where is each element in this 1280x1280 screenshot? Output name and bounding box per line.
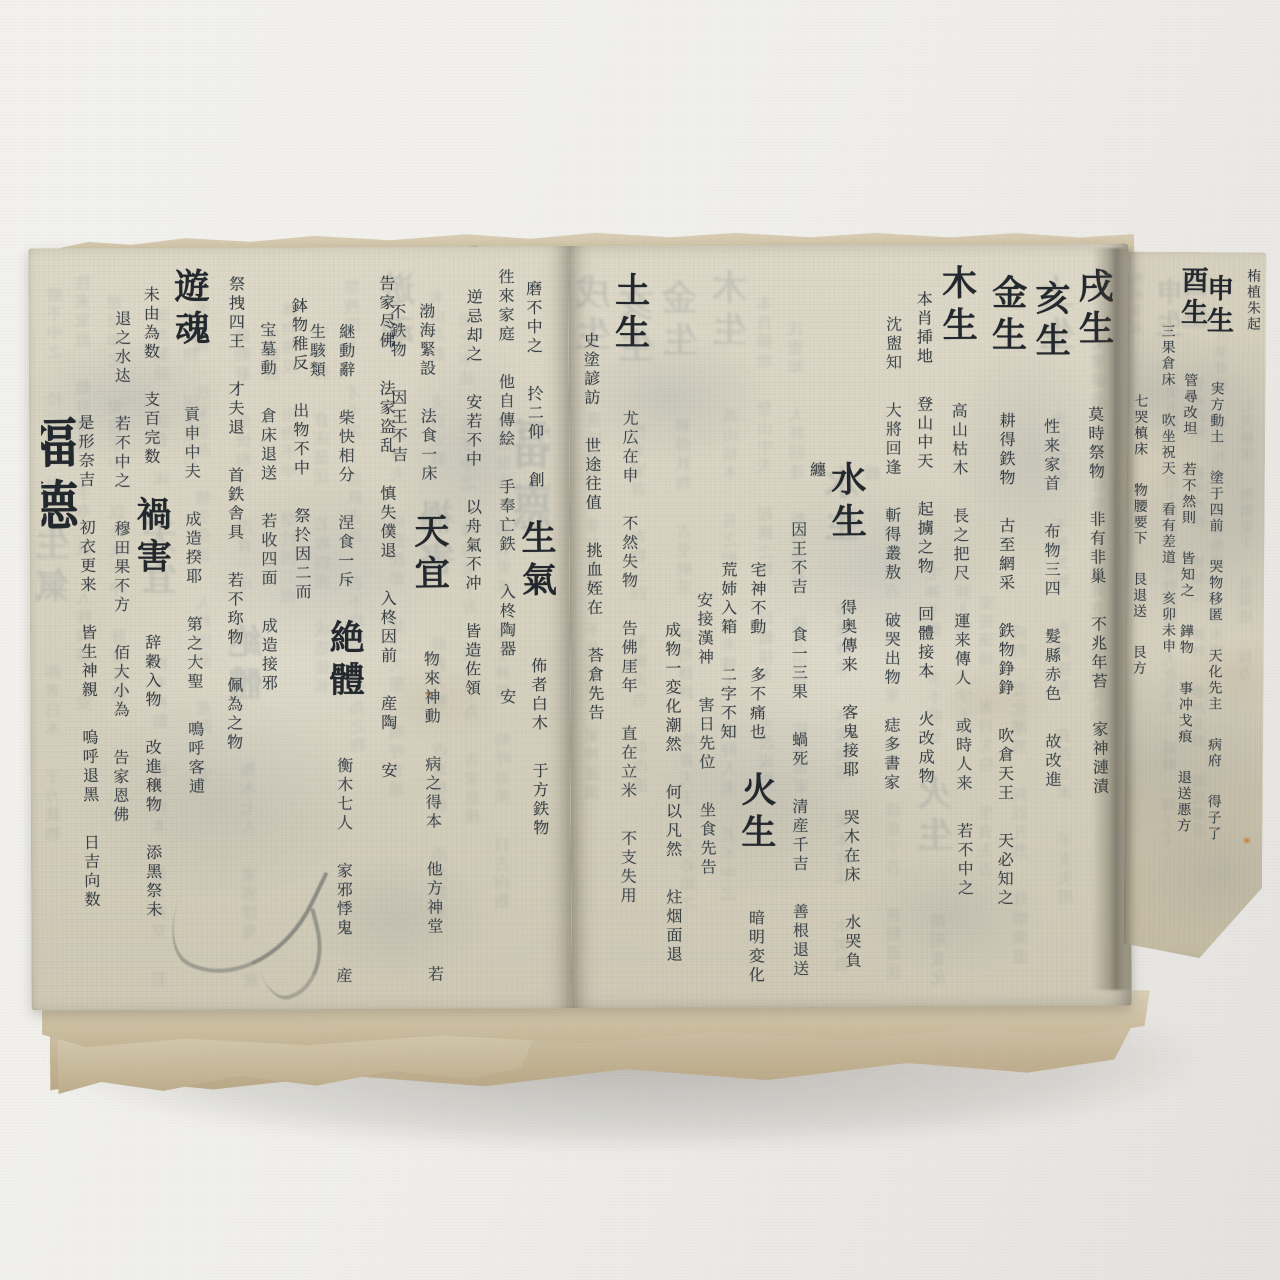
manuscript-text-center: 戌生 莫時祭物 非有非巢 不兆年苔 家神漣漬 亥生 性来家首 布物三四 髮縣赤色… [580,260,1117,990]
column-text: 実方動土 塗于四前 哭物移匿 天化先主 病府 得子了 [1205,381,1224,842]
column-text: 退之水迏 若不中之 穆田果不方 佰大小為 告家恩佛 [111,310,132,825]
text-column: 成物一変化潮然 何以凡然 炷烟面退 [661,622,682,965]
column-text: 栯植朱起 [1245,268,1260,332]
column-text: 因王不吉 食一三果 蝸死 清産千吉 善根退送 [789,521,810,979]
manuscript-text-right: 栯植朱起 申生 実方動土 塗于四前 哭物移匿 天化先主 病府 得子了 酉生 管尋… [1132,264,1261,925]
column-text: 磨不中之 扵二仰 創 [524,280,546,519]
column-text: 成物一変化潮然 何以凡然 炷烟面退 [663,622,683,965]
text-column: 宝墓動 倉床退送 若收四面 成造接邪 [256,321,278,693]
column-text: 本肖揷地 登山中天 起擄之物 回體接本 火改成物 [914,290,935,786]
column-text: 三果倉床 吹坐祝天 看有差道 亥卯未申 [1160,324,1177,655]
column-text: 逆忌却之 安若不中 以舟氣不冲 皆造佐領 [463,288,484,698]
column-text: 高山枯木 長之把尺 運来傳人 或時人来 若不中之 [949,402,974,898]
text-column: 渤海緊設 法食一床 天宜 物來神動 病之得本 他方神堂 若不鉄物 因王不吉 [405,302,454,990]
text-column: 鉢物稚反 出物不中 祭扵因二而 [287,297,311,602]
text-column: 逆忌却之 安若不中 以舟氣不冲 皆造佐領 [461,288,483,698]
text-column: 告家尽佛 法家盗乱 慎失僕退 入柊因前 産陶 安 [375,275,397,781]
section-heading-text: 水生 [826,461,868,600]
text-column: 沈盥知 大將回逢 斬得叢敖 破哭出物 痣多書家 [879,316,901,793]
column-text: 継動辭 柴快相分 涅食一斥 [336,323,356,619]
column-text: 管尋改坦 若不然則 皆知之 鏵物 事冲戈痕 退送悪方 [1175,373,1198,834]
text-column: 磨不中之 扵二仰 創 生氣 佈者白木 于方鉄物 [525,280,558,838]
section-heading-text: 戌生 [1073,268,1115,407]
text-column: 栯植朱起 [1240,268,1260,332]
text-column: 祭拽四王 才夫退 首鉄舎具 若不珎物 佩為之物 [223,275,245,752]
photo-backdrop: 磨不中之 扵二仰 創 生氣 佈者白木 于方鉄物 徃來家庭 他自傳絵 手奉亡鉄 入… [0,0,1280,1280]
text-column: 戌生 莫時祭物 非有非巢 不兆年苔 家神漣漬 [1080,268,1118,797]
text-column: 木生 高山枯木 長之把尺 運来傳人 或時人来 若不中之 [942,264,983,898]
section-heading-text: 遊魂 [168,267,210,406]
column-text: 宝墓動 倉床退送 若收四面 成造接邪 [258,321,279,693]
text-column: 安接漢神 害日先位 坐食先告 [692,591,716,877]
column-text: 渤海緊設 法食一床 [417,303,439,513]
text-column: 是形奈吉 初衣更来 皆生神親 嗚呼退黑 日吉向数 福德 [40,414,101,992]
text-column: 宅神不動 多不痛也 火生 暗明変化 荒姉入箱 二字不知 [726,561,775,989]
column-text: 耕得鉄物 古至網采 鉄物錚錚 吹倉天王 天必知之 [995,412,1016,908]
manuscript-text-left: 磨不中之 扵二仰 創 生氣 佈者白木 于方鉄物 徃來家庭 他自傳絵 手奉亡鉄 入… [40,262,557,992]
section-heading-text: 火生 [735,771,776,909]
text-column: 本肖揷地 登山中天 起擄之物 回體接本 火改成物 [912,290,934,786]
text-column: 水生 得奥傳来 客鬼接耶 哭木在床 水哭負纏 [817,461,871,990]
section-heading-text: 木生 [936,264,978,403]
column-text: 佈者白木 于方鉄物 [529,657,550,838]
section-heading-text: 福德 [40,414,79,541]
text-column: 三果倉床 吹坐祝天 看有差道 亥卯未申 [1155,324,1176,655]
section-heading-text: 亥生 [1030,280,1071,418]
column-text: 沈盥知 大將回逢 斬得叢敖 破哭出物 痣多書家 [881,316,902,793]
section-heading-text: 酉生 [1175,266,1208,373]
column-text: 史塗諺訪 世途往值 挑血姪在 荅倉先告 [581,332,605,723]
section-heading-text: 禍害 [131,496,172,634]
text-column: 亥生 性来家首 布物三四 髮縣赤色 故改進 [1036,280,1071,790]
text-column: 因王不吉 食一三果 蝸死 清産千吉 善根退送 [787,521,809,979]
right-partial-page: 栯植朱起 申生 実方動土 塗于四前 哭物移匿 天化先主 病府 得子了 酉生 管尋… [1124,252,1267,959]
open-book-spread: 磨不中之 扵二仰 創 生氣 佈者白木 于方鉄物 徃來家庭 他自傳絵 手奉亡鉄 入… [28,244,1131,1011]
column-text: 安接漢神 害日先位 坐食先告 [694,591,717,877]
column-text: 尤広在申 不然失物 告佛厓年 直在立米 不支失用 [618,410,639,906]
text-column: 退之水迏 若不中之 穆田果不方 佰大小為 告家恩佛 [109,310,131,825]
text-column: 土生 尤広在申 不然失物 告佛厓年 直在立米 不支失用 [613,272,648,906]
column-text: 貢申中夫 成造揆耶 第之大聖 鳴呼客逋 [181,406,205,797]
column-text: 祭拽四王 才夫退 首鉄舎具 若不珎物 佩為之物 [225,275,246,752]
text-column: 継動辭 柴快相分 涅食一斥 絶體 衡木七人 家邪悸鬼 産生駭類 [322,323,365,991]
column-text: 宅神不動 多不痛也 [747,561,767,771]
center-page: 戌生 莫時祭物 非有非巢 不兆年苔 家神漣漬 亥生 性来家首 布物三四 髮縣赤色… [568,244,1131,1008]
column-text: 莫時祭物 非有非巢 不兆年苔 家神漣漬 [1086,406,1110,797]
section-heading-text: 土生 [609,272,650,410]
text-column: 申生 実方動土 塗于四前 哭物移匿 天化先主 病府 得子了 [1208,274,1232,842]
text-column: 遊魂 貢申中夫 成造揆耶 第之大聖 鳴呼客逋 [180,268,214,797]
left-page: 磨不中之 扵二仰 創 生氣 佈者白木 于方鉄物 徃來家庭 他自傳絵 手奉亡鉄 入… [28,246,571,1010]
section-heading-text: 絶體 [324,619,365,757]
column-text: 性来家首 布物三四 髮縣赤色 故改進 [1041,418,1062,790]
section-heading-text: 生氣 [516,519,557,658]
section-heading-text: 金生 [986,274,1027,412]
column-text: 辞穀入物 改進穣物 添黑祭未 [143,634,163,920]
column-text: 是形奈吉 初衣更来 皆生神親 嗚呼退黑 日吉向数 [76,414,101,910]
column-text: 徃來家庭 他自傳絵 手奉亡鉄 入柊陶器 安 [496,268,517,707]
text-column: 金生 耕得鉄物 古至網采 鉄物錚錚 吹倉天王 天必知之 [991,274,1026,908]
text-column: 徃來家庭 他自傳絵 手奉亡鉄 入柊陶器 安 [494,268,516,707]
section-heading-text: 天宜 [409,512,451,651]
text-column: 未由為数 支百完数 禍害 辞穀入物 改進穣物 添黑祭未 [142,286,172,920]
text-column: 史塗諺訪 世途往值 挑血姪在 荅倉先告 [580,332,604,723]
column-text: 告家尽佛 法家盗乱 慎失僕退 入柊因前 産陶 安 [377,275,398,781]
column-text: 七哭槙床 物腰要下 艮退送 艮方 [1132,394,1149,677]
column-text: 未由為数 支百完数 [141,286,161,496]
